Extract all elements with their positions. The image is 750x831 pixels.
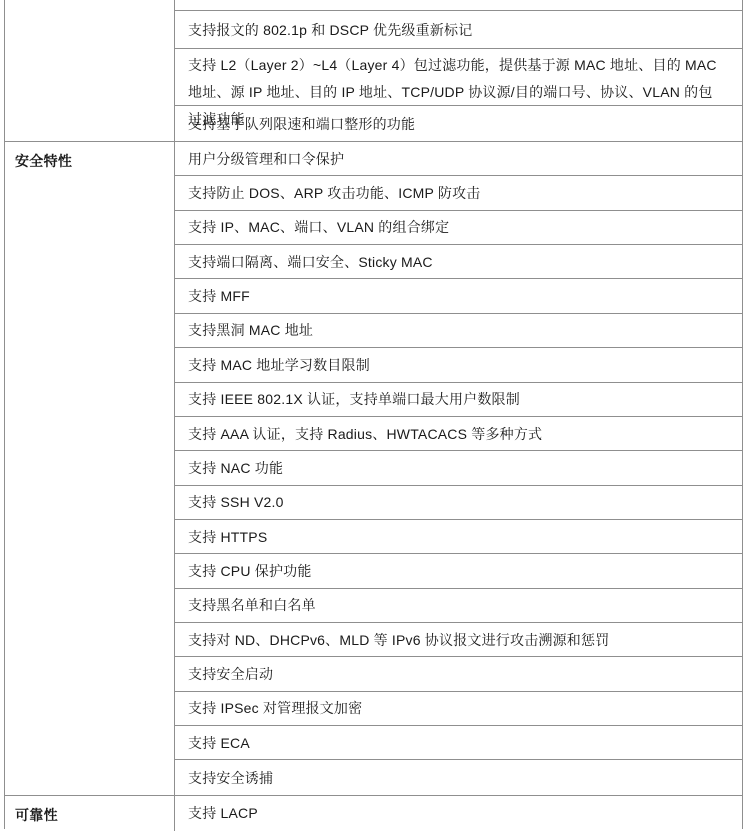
feature-text: 支持 ECA [188, 733, 250, 753]
feature-rows: 支持 WRED 支持报文的 802.1p 和 DSCP 优先级重新标记 支持 L… [175, 0, 742, 141]
category-label: 安全特性 [15, 151, 164, 171]
table-section-qos: 支持 WRED 支持报文的 802.1p 和 DSCP 优先级重新标记 支持 L… [5, 0, 742, 141]
feature-text: 支持 MFF [188, 286, 250, 306]
table-row: 支持端口隔离、端口安全、Sticky MAC [175, 245, 742, 279]
table-row: 支持 MAC 地址学习数目限制 [175, 348, 742, 382]
table-row: 支持 MFF [175, 279, 742, 313]
table-row: 支持黑洞 MAC 地址 [175, 314, 742, 348]
feature-text: 支持 SSH V2.0 [188, 492, 284, 512]
table-row: 支持 L2（Layer 2）~L4（Layer 4）包过滤功能，提供基于源 MA… [175, 49, 742, 106]
table-row: 支持安全诱捕 [175, 760, 742, 794]
table-row: 支持 WRED [175, 0, 742, 11]
feature-rows: 用户分级管理和口令保护 支持防止 DOS、ARP 攻击功能、ICMP 防攻击 支… [175, 142, 742, 795]
feature-text: 支持安全启动 [188, 664, 273, 684]
table-row: 支持 NAC 功能 [175, 451, 742, 485]
feature-text: 支持 WRED [188, 0, 264, 3]
spec-table: 支持 WRED 支持报文的 802.1p 和 DSCP 优先级重新标记 支持 L… [4, 0, 743, 829]
table-row: 支持 ECA [175, 726, 742, 760]
feature-text: 支持 AAA 认证，支持 Radius、HWTACACS 等多种方式 [188, 424, 542, 444]
feature-text: 用户分级管理和口令保护 [188, 149, 344, 169]
feature-text: 支持 NAC 功能 [188, 458, 283, 478]
feature-text: 支持 CPU 保护功能 [188, 561, 312, 581]
category-cell: 可靠性 [5, 796, 175, 829]
table-section-reliability: 可靠性 支持 LACP [5, 795, 742, 829]
feature-text: 支持报文的 802.1p 和 DSCP 优先级重新标记 [188, 20, 472, 40]
feature-text: 支持 MAC 地址学习数目限制 [188, 355, 370, 375]
table-row: 支持 IPSec 对管理报文加密 [175, 692, 742, 726]
feature-text: 支持基于队列限速和端口整形的功能 [188, 114, 415, 134]
table-row: 支持 SSH V2.0 [175, 486, 742, 520]
feature-text: 支持 IPSec 对管理报文加密 [188, 698, 362, 718]
table-row: 支持 AAA 认证，支持 Radius、HWTACACS 等多种方式 [175, 417, 742, 451]
feature-text: 支持防止 DOS、ARP 攻击功能、ICMP 防攻击 [188, 183, 481, 203]
feature-text: 支持端口隔离、端口安全、Sticky MAC [188, 252, 433, 272]
feature-rows: 支持 LACP [175, 796, 742, 829]
table-row: 支持 HTTPS [175, 520, 742, 554]
table-row: 支持报文的 802.1p 和 DSCP 优先级重新标记 [175, 11, 742, 49]
category-label: 可靠性 [15, 805, 164, 825]
table-row: 支持 IP、MAC、端口、VLAN 的组合绑定 [175, 211, 742, 245]
table-row: 支持对 ND、DHCPv6、MLD 等 IPv6 协议报文进行攻击溯源和惩罚 [175, 623, 742, 657]
table-row: 支持 IEEE 802.1X 认证，支持单端口最大用户数限制 [175, 383, 742, 417]
feature-text: 支持安全诱捕 [188, 768, 273, 788]
feature-text: 支持黑名单和白名单 [188, 595, 316, 615]
table-row: 支持安全启动 [175, 657, 742, 691]
feature-text: 支持 HTTPS [188, 527, 267, 547]
table-row: 支持 LACP [175, 796, 742, 829]
table-row: 支持黑名单和白名单 [175, 589, 742, 623]
category-cell [5, 0, 175, 141]
feature-text: 支持黑洞 MAC 地址 [188, 320, 313, 340]
category-cell: 安全特性 [5, 142, 175, 795]
table-row: 用户分级管理和口令保护 [175, 142, 742, 176]
feature-text: 支持 LACP [188, 803, 258, 823]
table-section-security: 安全特性 用户分级管理和口令保护 支持防止 DOS、ARP 攻击功能、ICMP … [5, 141, 742, 795]
table-row: 支持 CPU 保护功能 [175, 554, 742, 588]
feature-text: 支持 IP、MAC、端口、VLAN 的组合绑定 [188, 217, 449, 237]
feature-text: 支持 IEEE 802.1X 认证，支持单端口最大用户数限制 [188, 389, 520, 409]
table-row: 支持基于队列限速和端口整形的功能 [175, 106, 742, 141]
feature-text: 支持对 ND、DHCPv6、MLD 等 IPv6 协议报文进行攻击溯源和惩罚 [188, 630, 609, 650]
table-row: 支持防止 DOS、ARP 攻击功能、ICMP 防攻击 [175, 176, 742, 210]
